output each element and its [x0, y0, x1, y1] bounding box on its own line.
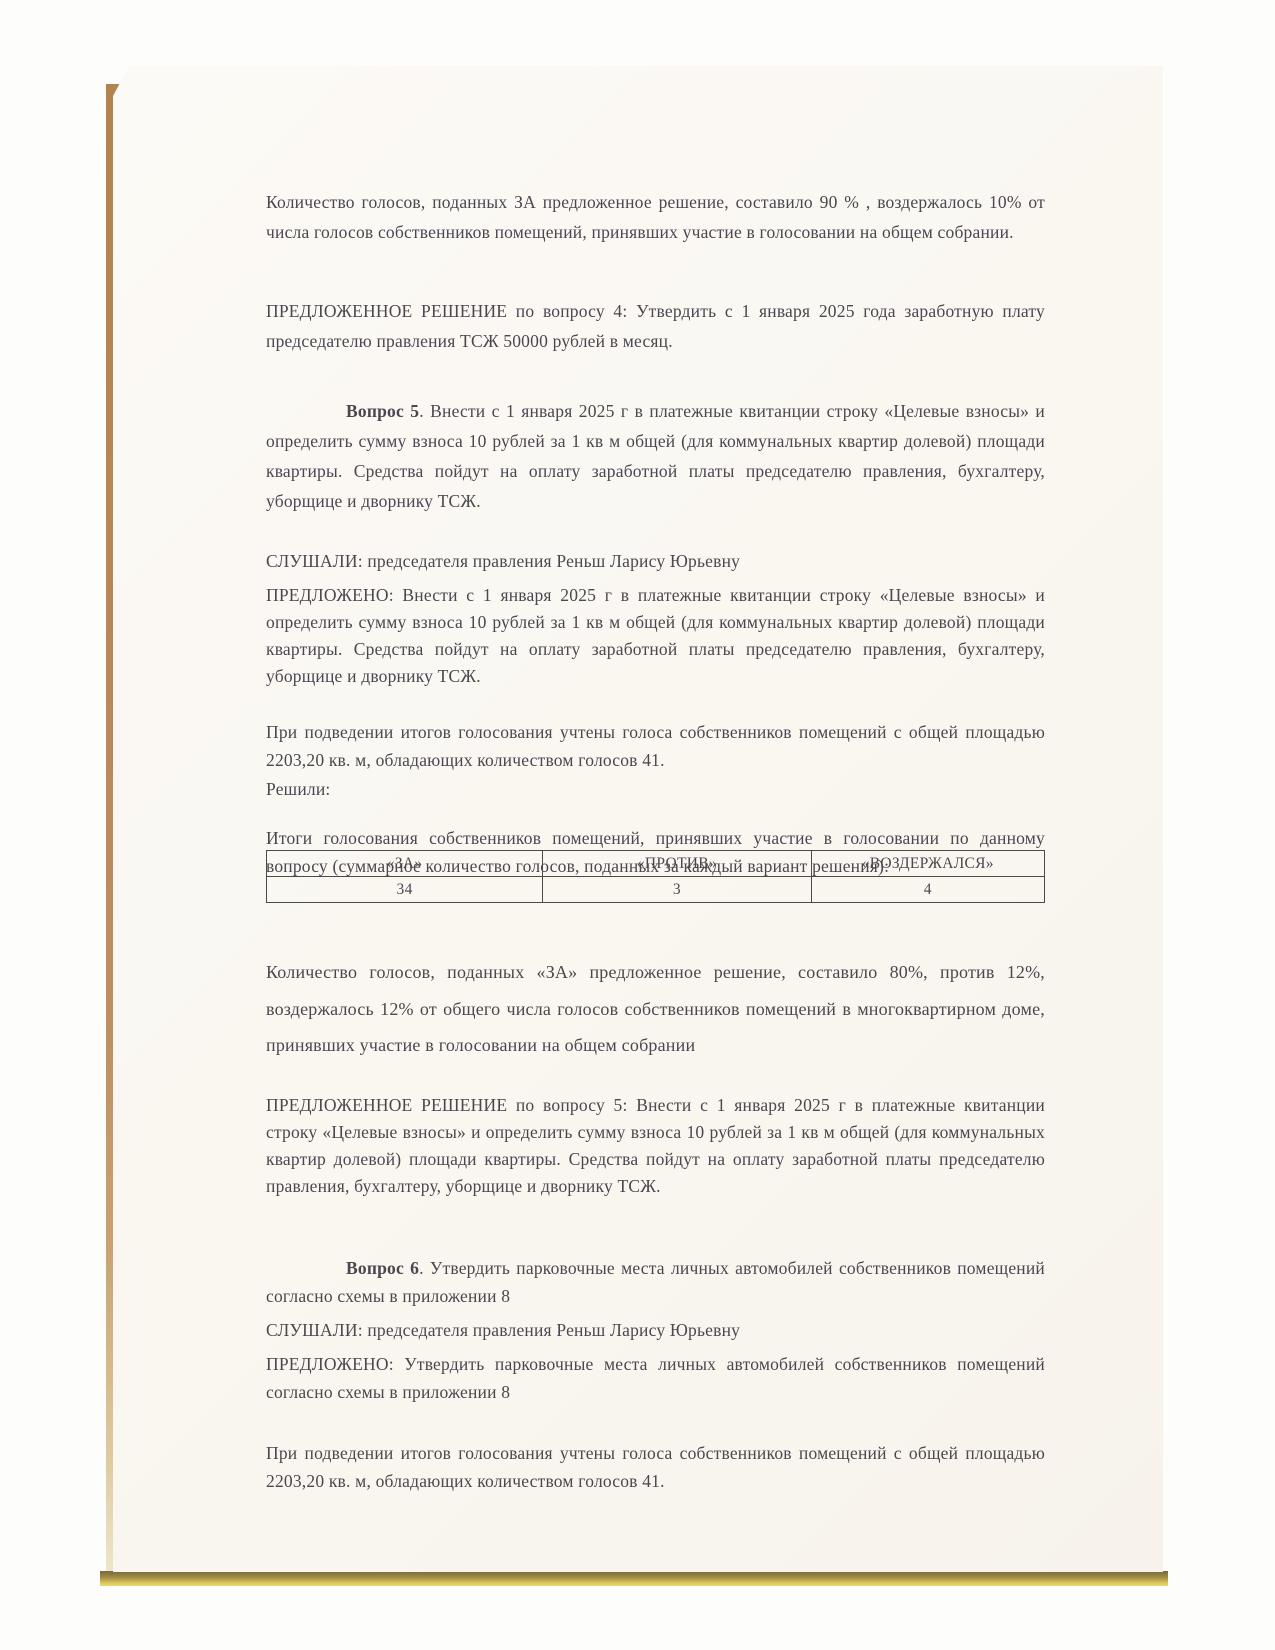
vote-table-values-row: 34 3 4 [267, 877, 1045, 903]
paragraph-proposed-decision-q4: ПРЕДЛОЖЕННОЕ РЕШЕНИЕ по вопросу 4: Утвер… [266, 296, 1045, 356]
paragraph-votes-result-q5: Количество голосов, поданных «ЗА» предло… [266, 954, 1045, 1064]
paragraph-heard-q6: СЛУШАЛИ: председателя правления Реньш Ла… [266, 1315, 1045, 1345]
scan-bottom-edge-strip [100, 1571, 1168, 1586]
vote-table-header-row: «ЗА» «ПРОТИВ» «ВОЗДЕРЖАЛСЯ» [267, 851, 1045, 877]
question-6-label: Вопрос 6 [346, 1258, 419, 1278]
vote-value-za: 34 [267, 877, 543, 903]
paragraph-proposed-q6: ПРЕДЛОЖЕНО: Утвердить парковочные места … [266, 1350, 1045, 1406]
vote-results-table: «ЗА» «ПРОТИВ» «ВОЗДЕРЖАЛСЯ» 34 3 4 [266, 850, 1045, 903]
vote-value-vozderzhalsya: 4 [811, 877, 1044, 903]
paragraph-votes-result-q4: Количество голосов, поданных ЗА предложе… [266, 187, 1045, 247]
paragraph-tally-q5: При подведении итогов голосования учтены… [266, 718, 1045, 774]
paragraph-question-5: Вопрос 5. Внести с 1 января 2025 г в пла… [266, 396, 1045, 516]
vote-value-protiv: 3 [543, 877, 811, 903]
vote-header-vozderzhalsya: «ВОЗДЕРЖАЛСЯ» [811, 851, 1044, 877]
question-5-label: Вопрос 5 [346, 401, 419, 421]
paragraph-question-6: Вопрос 6. Утвердить парковочные места ли… [266, 1254, 1045, 1310]
vote-header-protiv: «ПРОТИВ» [543, 851, 811, 877]
scanned-document-photo: Количество голосов, поданных ЗА предложе… [0, 0, 1275, 1650]
paragraph-proposed-decision-q5: ПРЕДЛОЖЕННОЕ РЕШЕНИЕ по вопросу 5: Внест… [266, 1092, 1045, 1200]
resolved-label: Решили: [266, 774, 1045, 804]
paragraph-tally-q6: При подведении итогов голосования учтены… [266, 1439, 1045, 1495]
vote-header-za: «ЗА» [267, 851, 543, 877]
document-page: Количество голосов, поданных ЗА предложе… [113, 66, 1163, 1572]
paragraph-heard-q5: СЛУШАЛИ: председателя правления Реньш Ла… [266, 546, 1045, 576]
paragraph-proposed-q5: ПРЕДЛОЖЕНО: Внести с 1 января 2025 г в п… [266, 582, 1045, 690]
